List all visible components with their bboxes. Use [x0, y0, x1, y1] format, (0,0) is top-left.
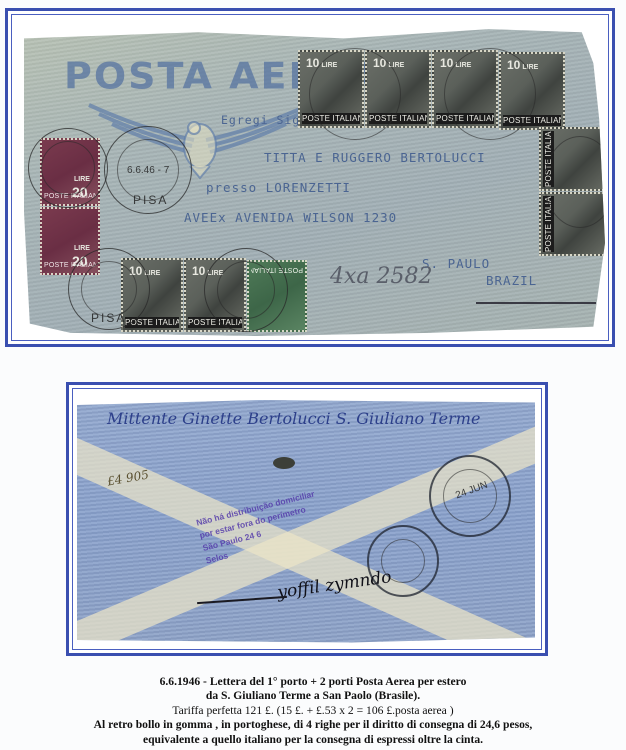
postmark-province: PISA: [133, 193, 168, 207]
caption-tariff: Tariffa perfetta 121 £. (15 £. + £.53 x …: [0, 704, 626, 718]
handwritten-reference: 4xa 2582: [330, 264, 433, 289]
front-cover-panel: POSTA AEREA Egregi Sig TITTA E RUGGERO B…: [5, 8, 615, 347]
sender-note: Mittente Ginette Bertolucci S. Giuliano …: [107, 409, 480, 428]
postmark-s-giuliano: PISA: [68, 248, 150, 330]
address-country: BRAZIL: [486, 273, 537, 288]
postmark-date: 6.6.46 - 7: [127, 165, 169, 176]
postmark-s-giuliano: [28, 128, 108, 208]
caption-title: 6.6.1946 - Lettera del 1° porto + 2 port…: [0, 675, 626, 689]
caption-backstamp-note: Al retro bollo in gomma , in portoghese,…: [0, 718, 626, 732]
back-cover-panel: Mittente Ginette Bertolucci S. Giuliano …: [66, 382, 548, 656]
caption-equivalence-note: equivalente a quello italiano per la con…: [0, 733, 626, 747]
postmark-inner-ring: [41, 141, 95, 195]
address-care-of: presso LORENZETTI: [206, 180, 351, 195]
postmark-inner-ring: [81, 261, 137, 317]
addressee-name: TITTA E RUGGERO BERTOLUCCI: [264, 150, 486, 165]
postmark-province: PISA: [91, 311, 126, 325]
postmark-s-giuliano: [444, 48, 536, 140]
stain-mark: [273, 457, 295, 469]
arrival-postmark: 24 JUN: [429, 455, 511, 537]
address-street: AVEEx AVENIDA WILSON 1230: [184, 210, 397, 225]
postmark-s-giuliano: 6.6.46 - 7 PISA: [104, 126, 192, 214]
postmark-inner-ring: [217, 261, 275, 319]
postmark-s-giuliano: [309, 48, 401, 140]
exhibit-caption: 6.6.1946 - Lettera del 1° porto + 2 port…: [0, 675, 626, 747]
underline-stroke: [476, 302, 596, 304]
caption-route: da S. Giuliano Terme a San Paolo (Brasil…: [0, 689, 626, 703]
front-cover-envelope: POSTA AEREA Egregi Sig TITTA E RUGGERO B…: [24, 26, 605, 336]
postmark-s-giuliano: [204, 248, 288, 332]
back-cover-envelope: Mittente Ginette Bertolucci S. Giuliano …: [77, 395, 535, 645]
salutation: Egregi Sig: [221, 113, 300, 127]
